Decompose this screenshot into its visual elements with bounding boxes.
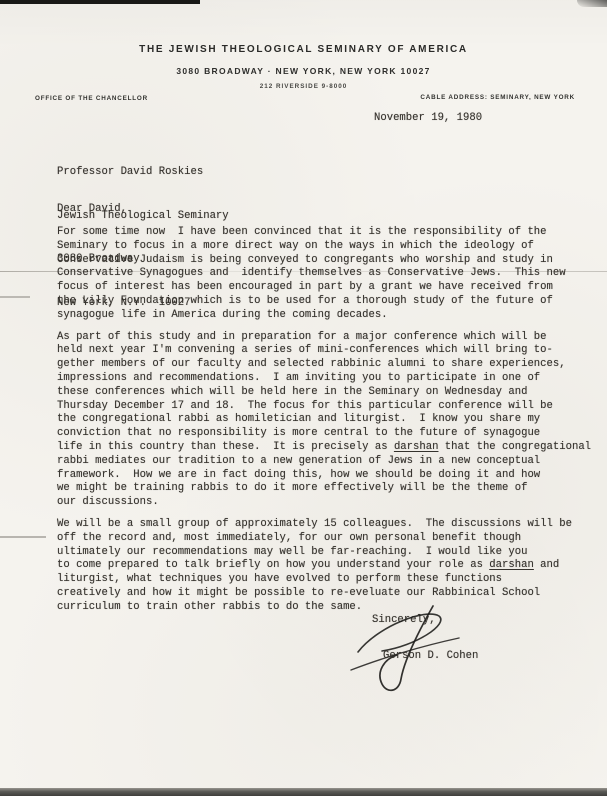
- scan-smudge-top-right: [577, 0, 607, 7]
- body-line: Seminary to focus in a more direct way o…: [57, 240, 569, 254]
- body-line: life in this country than these. It is p…: [57, 441, 569, 455]
- body-line: ultimately our recommendations may well …: [57, 546, 569, 560]
- letterhead-office-of-chancellor: OFFICE OF THE CHANCELLOR: [35, 95, 148, 102]
- body-line: held next year I'm convening a series of…: [57, 344, 569, 358]
- body-line: we might be training rabbis to do it mor…: [57, 482, 569, 496]
- body-line: synagogue life in America during the com…: [57, 309, 569, 323]
- body-line: As part of this study and in preparation…: [57, 331, 569, 345]
- body-line: framework. How we are in fact doing this…: [57, 469, 569, 483]
- paragraph: We will be a small group of approximatel…: [57, 518, 569, 615]
- valediction: Sincerely,: [372, 614, 436, 626]
- fold-mark-left: [0, 296, 30, 298]
- body-line: Conservative Judaism is being conveyed t…: [57, 254, 569, 268]
- body-line: our discussions.: [57, 496, 569, 510]
- signer-name: Gerson D. Cohen: [383, 650, 478, 662]
- letter-page: THE JEWISH THEOLOGICAL SEMINARY OF AMERI…: [0, 0, 607, 796]
- scan-edge-top: [0, 0, 200, 4]
- letterhead-phone: 212 RIVERSIDE 9-8000: [0, 83, 607, 90]
- date-line: November 19, 1980: [374, 112, 482, 124]
- body-line: off the record and, most immediately, fo…: [57, 532, 569, 546]
- body-line: the congregational rabbi as homiletician…: [57, 413, 569, 427]
- underlined-term: darshan: [394, 441, 439, 453]
- body-line: Conservative Synagogues and identify the…: [57, 267, 569, 281]
- salutation: Dear David,: [57, 203, 127, 215]
- letterhead-organization: THE JEWISH THEOLOGICAL SEMINARY OF AMERI…: [0, 44, 607, 55]
- body-line: rabbi mediates our tradition to a new ge…: [57, 455, 569, 469]
- body-line: conviction that no responsibility is mor…: [57, 427, 569, 441]
- fold-mark-left: [0, 536, 46, 538]
- recipient-line: Professor David Roskies: [57, 165, 229, 180]
- paragraph: For some time now I have been convinced …: [57, 226, 569, 323]
- scan-edge-bottom: [0, 788, 607, 796]
- letter-body: For some time now I have been convinced …: [57, 226, 569, 623]
- letterhead-address: 3080 BROADWAY · NEW YORK, NEW YORK 10027: [0, 66, 607, 76]
- body-line: Thursday December 17 and 18. The focus f…: [57, 400, 569, 414]
- body-line: For some time now I have been convinced …: [57, 226, 569, 240]
- underlined-term: darshan: [489, 559, 534, 571]
- body-line: these conferences which will be held her…: [57, 386, 569, 400]
- body-line: gether members of our faculty and select…: [57, 358, 569, 372]
- letterhead-cable-address: CABLE ADDRESS: SEMINARY, NEW YORK: [420, 94, 575, 101]
- body-line: curriculum to train other rabbis to do t…: [57, 601, 569, 615]
- body-line: focus of interest has been encouraged in…: [57, 281, 569, 295]
- body-line: We will be a small group of approximatel…: [57, 518, 569, 532]
- body-line: to come prepared to talk briefly on how …: [57, 559, 569, 573]
- body-line: creatively and how it might be possible …: [57, 587, 569, 601]
- paragraph: As part of this study and in preparation…: [57, 331, 569, 510]
- body-line: liturgist, what techniques you have evol…: [57, 573, 569, 587]
- body-line: the Lilly Foundation which is to be used…: [57, 295, 569, 309]
- body-line: impressions and recommendations. I am in…: [57, 372, 569, 386]
